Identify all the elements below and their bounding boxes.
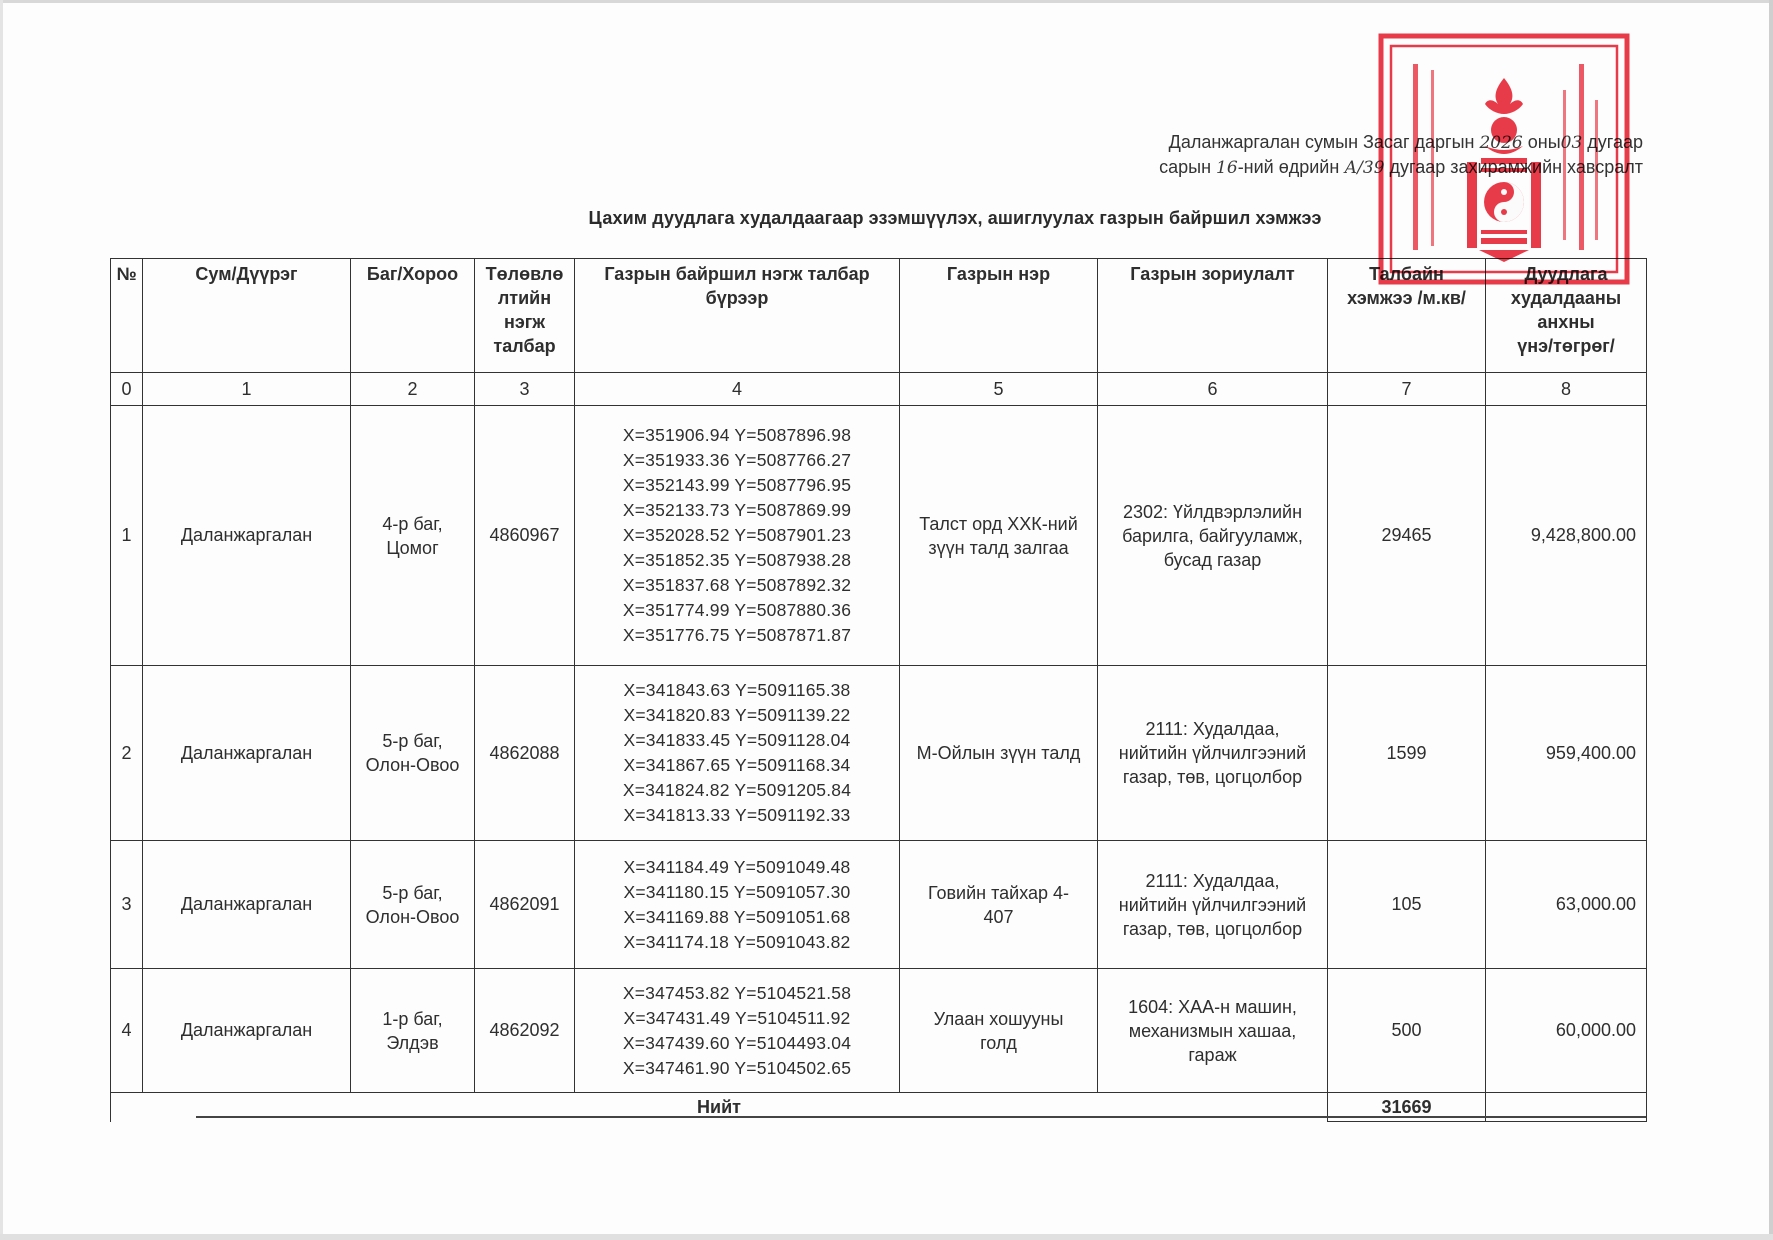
row-number: 1 <box>111 406 143 666</box>
handwritten-day: 16 <box>1216 158 1238 178</box>
price-cell: 959,400.00 <box>1486 666 1647 841</box>
coordinates-cell: X=341843.63 Y=5091165.38X=341820.83 Y=50… <box>575 666 900 841</box>
land-purpose-cell: 2111: Худалдаа,нийтийн үйлчилгээнийгазар… <box>1098 666 1328 841</box>
page-edge <box>0 1234 1773 1240</box>
table-row: 3Даланжаргалан5-р баг,Олон-Овоо4862091X=… <box>111 841 1647 969</box>
handwritten-month: 03 <box>1561 133 1583 153</box>
page-edge <box>0 0 3 1240</box>
bag-cell: 5-р баг,Олон-Овоо <box>351 666 475 841</box>
header-coordinates: Газрын байршил нэгж талбар бүрээр <box>575 259 900 373</box>
price-cell: 60,000.00 <box>1486 969 1647 1093</box>
area-cell: 1599 <box>1328 666 1486 841</box>
document-title: Цахим дуудлага худалдаагаар эзэмшүүлэх, … <box>510 208 1400 229</box>
table-row: 2Даланжаргалан5-р баг,Олон-Овоо4862088X=… <box>111 666 1647 841</box>
annex-line-1: Даланжаргалан сумын Засаг даргын 2026 он… <box>1159 130 1643 155</box>
area-cell: 105 <box>1328 841 1486 969</box>
soum-cell: Даланжаргалан <box>143 969 351 1093</box>
land-name-cell: М-Ойлын зүүн талд <box>900 666 1098 841</box>
land-parcel-table: № Сум/Дүүрэг Баг/Хороо Төлөвлө лтийн нэг… <box>110 258 1647 1122</box>
header-no: № <box>111 259 143 373</box>
land-name-cell: Талст орд ХХК-нийзүүн талд залгаа <box>900 406 1098 666</box>
header-bag: Баг/Хороо <box>351 259 475 373</box>
land-purpose-cell: 2111: Худалдаа,нийтийн үйлчилгээнийгазар… <box>1098 841 1328 969</box>
annex-reference: Даланжаргалан сумын Засаг даргын 2026 он… <box>1159 130 1643 180</box>
bag-cell: 5-р баг,Олон-Овоо <box>351 841 475 969</box>
total-underline <box>196 1116 1646 1118</box>
header-land-name: Газрын нэр <box>900 259 1098 373</box>
table-header-row: № Сум/Дүүрэг Баг/Хороо Төлөвлө лтийн нэг… <box>111 259 1647 373</box>
row-number: 2 <box>111 666 143 841</box>
table-row: 4Даланжаргалан1-р баг,Элдэв4862092X=3474… <box>111 969 1647 1093</box>
land-name-cell: Улаан хошууныголд <box>900 969 1098 1093</box>
land-purpose-cell: 2302: Үйлдвэрлэлийнбарилга, байгууламж,б… <box>1098 406 1328 666</box>
area-cell: 29465 <box>1328 406 1486 666</box>
planning-unit-cell: 4862088 <box>475 666 575 841</box>
row-number: 3 <box>111 841 143 969</box>
coordinates-cell: X=347453.82 Y=5104521.58X=347431.49 Y=51… <box>575 969 900 1093</box>
soum-cell: Даланжаргалан <box>143 406 351 666</box>
coordinates-cell: X=351906.94 Y=5087896.98X=351933.36 Y=50… <box>575 406 900 666</box>
land-purpose-cell: 1604: ХАА-н машин,механизмын хашаа,гараж <box>1098 969 1328 1093</box>
price-cell: 9,428,800.00 <box>1486 406 1647 666</box>
table-row: 1Даланжаргалан4-р баг,Цомог4860967X=3519… <box>111 406 1647 666</box>
planning-unit-cell: 4860967 <box>475 406 575 666</box>
planning-unit-cell: 4862091 <box>475 841 575 969</box>
header-soum: Сум/Дүүрэг <box>143 259 351 373</box>
handwritten-order-number: А/39 <box>1344 158 1384 178</box>
header-area: Талбайн хэмжээ /м.кв/ <box>1328 259 1486 373</box>
column-index-row: 0 1 2 3 4 5 6 7 8 <box>111 373 1647 406</box>
header-planning-unit: Төлөвлө лтийн нэгж талбар <box>475 259 575 373</box>
annex-line-2: сарын 16-ний өдрийн А/39 дугаар захирамж… <box>1159 155 1643 180</box>
header-starting-price: Дуудлага худалдааны анхны үнэ/төгрөг/ <box>1486 259 1647 373</box>
planning-unit-cell: 4862092 <box>475 969 575 1093</box>
bag-cell: 4-р баг,Цомог <box>351 406 475 666</box>
coordinates-cell: X=341184.49 Y=5091049.48X=341180.15 Y=50… <box>575 841 900 969</box>
land-name-cell: Говийн тайхар 4-407 <box>900 841 1098 969</box>
handwritten-year: 2026 <box>1479 133 1522 153</box>
header-land-purpose: Газрын зориулалт <box>1098 259 1328 373</box>
page-edge <box>1769 0 1773 1240</box>
price-cell: 63,000.00 <box>1486 841 1647 969</box>
row-number: 4 <box>111 969 143 1093</box>
soum-cell: Даланжаргалан <box>143 841 351 969</box>
area-cell: 500 <box>1328 969 1486 1093</box>
soum-cell: Даланжаргалан <box>143 666 351 841</box>
bag-cell: 1-р баг,Элдэв <box>351 969 475 1093</box>
page-edge <box>0 0 1773 3</box>
